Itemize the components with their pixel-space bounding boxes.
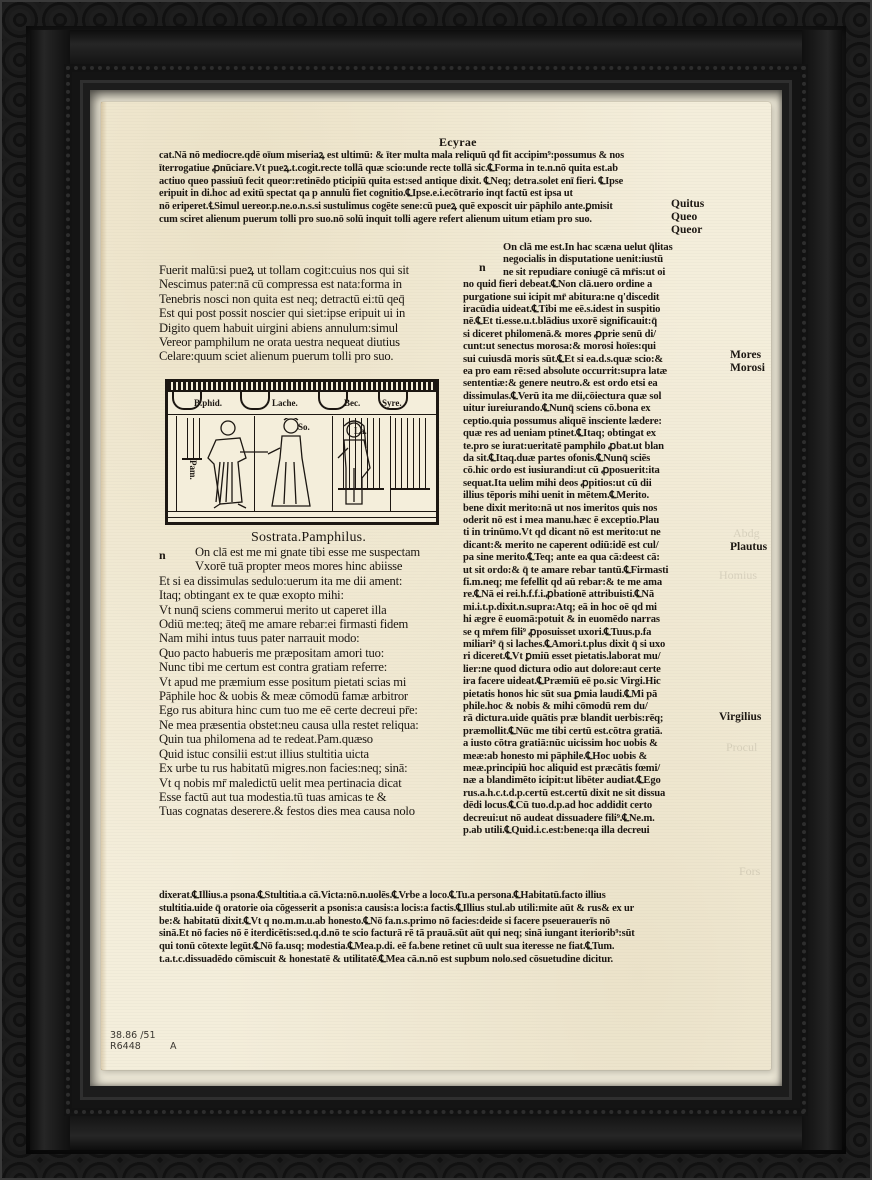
commentary-line: ut sit ordo:& q̄ te amare rebar tantū.℄F… xyxy=(463,565,725,577)
woodcut-beam xyxy=(168,414,436,415)
verse-line: Ne mea præsentia obstet:neu causa ulla r… xyxy=(159,718,435,732)
verse-line: Fuerit malū:si pueꝝ ut tollam cogit:cuiu… xyxy=(159,263,431,277)
woodcut-pillar xyxy=(176,416,177,512)
commentary-line: meæ.principiū hoc aliquid est præcātis f… xyxy=(463,763,725,775)
commentary-line: pa sine merito.℄Teq; ante ea qua cā:dees… xyxy=(463,552,725,564)
commentary-line: næ a blandimēto icipit:ut libēter audiat… xyxy=(463,775,725,787)
commentary-line: bene dixit merito:nā ut nos imeritos qui… xyxy=(463,503,725,515)
commentary-line: īterrogatiue ꝓnūciare.Vt pueꝝ.t.cogit.re… xyxy=(159,163,731,176)
marginal-note: Morosi xyxy=(730,362,765,375)
commentary-line: cunt:ut senectus morosa:& morosi hoīes:q… xyxy=(463,341,725,353)
commentary-line: illius tēporis mihi uenit in mētem.℄Meri… xyxy=(463,490,725,502)
verse-line: Nunc tibi me certum est contra gratiam r… xyxy=(159,660,435,674)
verse-line: Ex urbe tu rus habitatū migres.non facie… xyxy=(159,761,435,775)
commentary-line: meæ:ab honesto mi pāphile.℄Hoc uobis & xyxy=(463,751,725,763)
verse-line: On clā est me mi gnate tibi esse me susp… xyxy=(159,545,435,559)
commentary-line: dēdi locus.℄Cū tuo.d.p.ad hoc addidit ce… xyxy=(463,800,725,812)
verse-line: Odiū me:teq; āteq̄ me amare rebar:ei fir… xyxy=(159,617,435,631)
commentary-line: pietatis honos hic sūt sua ꝑmia laudi.℄M… xyxy=(463,689,725,701)
commentary-line: cō.hic ordo est iusiurandi:ut cū ꝓposuer… xyxy=(463,465,725,477)
commentary-line: ira facere uideat.℄Præmiū eē po.sic Virg… xyxy=(463,676,725,688)
commentary-line: ne sit repudiare coniugē cā mr̄is:ut oi xyxy=(463,267,725,279)
marginal-note: Mores xyxy=(730,349,761,362)
catalog-number: R6448 xyxy=(110,1041,156,1052)
commentary-line: eripuit in di.hoc ad exitū spectat qa p … xyxy=(159,188,731,201)
commentary-line: te.pro se iurat:ueritatē pamphilo ꝓbat.u… xyxy=(463,441,725,453)
woodcut-frieze xyxy=(168,382,436,392)
woodcut-illustration: B.phid. Lache. Bec. Syre. So. La. Pam. xyxy=(165,379,439,525)
bleed-through-text: Procul xyxy=(726,740,757,755)
marginal-note: Quitus xyxy=(671,198,704,211)
commentary-line: be:& habitatū dixit.℄Vt q no.m.m.u.ab ho… xyxy=(159,916,719,929)
woodcut-label: Lache. xyxy=(272,398,298,408)
commentary-line: dicant:& merito ne caperent odiū:idē est… xyxy=(463,540,725,552)
commentary-line: cum sciret alienum puerum tolli pro suo.… xyxy=(159,214,731,227)
verse-line: Esse factū aut tua modestia.tū tuas amic… xyxy=(159,790,435,804)
accession-number: 38.86 /51 xyxy=(110,1030,156,1041)
commentary-line: uitur iureiurando.℄Nunq̄ sciens cō.bona … xyxy=(463,403,725,415)
commentary-line: stultitia.uide q̄ oratorie oia cōgesseri… xyxy=(159,903,719,916)
commentary-line: da sit.℄Itaq.duæ partes ofonis.℄Nunq̄ sc… xyxy=(463,453,725,465)
commentary-line: sinā.Et nō facies nō ē iterdicētis:sed.q… xyxy=(159,928,719,941)
verse-line: Quo pacto habueris me præpositam amori t… xyxy=(159,646,435,660)
verse-line: Quin tua philomena ad te redeat.Pam.quæs… xyxy=(159,732,435,746)
running-head: Ecyrae xyxy=(439,135,477,150)
annotation-mark: A xyxy=(170,1041,177,1052)
verse-line: Nam mihi intus tuus pater narrauit modo: xyxy=(159,631,435,645)
bleed-through-text: Fors xyxy=(739,864,760,879)
bleed-through-text: Abdg xyxy=(733,526,760,541)
commentary-line: præmollit.℄Nūc me tibi certū est.cōtra g… xyxy=(463,726,725,738)
verse-line: Quid istuc consilii est:ut illius stulti… xyxy=(159,747,435,761)
verse-line: Vt nunq̄ sciens commerui merito ut caper… xyxy=(159,603,435,617)
commentary-line: iracūdia uideat.℄Tibi me eē.s.idest in s… xyxy=(463,304,725,316)
marginal-note: Virgilius xyxy=(719,711,761,724)
incunable-leaf: Ecyrae Abdg Homius Procul Fors cat.Nā nō… xyxy=(101,102,771,1070)
verse-block-1: Fuerit malū:si pueꝝ ut tollam cogit:cuiu… xyxy=(159,263,431,364)
commentary-line: se q mr̄em fili⁹ ꝓposuisset uxori.℄Tuus.… xyxy=(463,627,725,639)
commentary-line: dixerat.℄Illius.a psona.℄Stultitia.a cā.… xyxy=(159,890,719,903)
commentary-line: fi.m.neq; me fefellit qd aū rebar:& te m… xyxy=(463,577,725,589)
pencil-annotation: 38.86 /51 R6448 A xyxy=(110,1030,156,1052)
commentary-line: negocialis in disputatione uenit:iustū xyxy=(463,254,725,266)
marginal-note: Queor xyxy=(671,224,702,237)
commentary-line: purgatione sui icipit mr̄ abitura:ne q'd… xyxy=(463,292,725,304)
commentary-line: ea pro eam rē:sed absolute occurrit:supr… xyxy=(463,366,725,378)
commentary-line: p.ab utili.℄Quid.i.c.est:bene:qa illa de… xyxy=(463,825,725,837)
woodcut-label: Syre. xyxy=(382,398,402,408)
verse-line: Vereor pamphilum ne orata uestra nequeat… xyxy=(159,335,431,349)
verse-line: Itaq; obtingant ex te quæ exopto mihi: xyxy=(159,588,435,602)
woodcut-label: Bec. xyxy=(344,398,360,408)
commentary-bottom: dixerat.℄Illius.a psona.℄Stultitia.a cā.… xyxy=(159,890,719,967)
commentary-line: no quid fieri debeat.℄Non clā.uero ordin… xyxy=(463,279,725,291)
woodcut-arch xyxy=(240,392,270,410)
woodcut-label: B.phid. xyxy=(194,398,222,408)
commentary-line: quæ res ad ueniam ptinet.℄Itaq; obtingat… xyxy=(463,428,725,440)
commentary-line: si diceret philomenā.& mores ꝓprie senū … xyxy=(463,329,725,341)
commentary-line: sui cuiusdā moris sūt.℄Et si ea.d.s.quæ … xyxy=(463,354,725,366)
commentary-line: cat.Nā nō mediocre.qdē oīum miseriaꝝ est… xyxy=(159,150,731,163)
verse-line: Pāphile hoc & uobis & meæ cōmodū famæ ar… xyxy=(159,689,435,703)
verse-line: Vt q nobis mr̄ maledictū uelit mea perti… xyxy=(159,776,435,790)
marginal-note: Queo xyxy=(671,211,697,224)
paper-stain xyxy=(101,102,107,1070)
commentary-line: ri diceret.℄Vt ꝑmiū esset pietatis.labor… xyxy=(463,651,725,663)
commentary-line: phile.hoc & nobis & mihi cōmodū rem du/ xyxy=(463,701,725,713)
woodcut-figures xyxy=(198,418,418,510)
commentary-line: decreui:ut nō audeat dissuadere fili⁹.℄N… xyxy=(463,813,725,825)
woodcut-label: Pam. xyxy=(188,460,198,480)
verse-block-2: On clā est me mi gnate tibi esse me susp… xyxy=(159,545,435,819)
marginal-note: Plautus xyxy=(730,541,767,554)
commentary-line: dissimulas.℄Verū ita me dii,cōiectura qu… xyxy=(463,391,725,403)
verse-line: Tenebris nosci non quita est neq; detrac… xyxy=(159,292,431,306)
commentary-line: nō eriperet.℄Simul uereor.p.ne.o.n.s.si … xyxy=(159,201,731,214)
verse-line: Vxorē tuā propter meos mores hinc abiiss… xyxy=(159,559,435,573)
commentary-line: qui tonū cōtexte legūt.℄Nō fa.usq; modes… xyxy=(159,941,719,954)
commentary-line: lier:ne quod dictura odio aut dolore:aut… xyxy=(463,664,725,676)
commentary-line: rus.a.h.c.t.d.p.certū est.certū dixit ne… xyxy=(463,788,725,800)
verse-line: Et si ea dissimulas sedulo:uerum ita me … xyxy=(159,574,435,588)
commentary-line: rā dictura.uide quātis præ blandit uerbi… xyxy=(463,713,725,725)
woodcut-floor xyxy=(168,517,436,518)
commentary-line: ti in trinūmo.Vt qd dicant nō est merito… xyxy=(463,527,725,539)
commentary-line: mi.i.t.p.dixit.n.supra:Atq; eā in hoc oē… xyxy=(463,602,725,614)
commentary-line: nē.℄Et ti.esse.u.t.blādius uxorē signifi… xyxy=(463,316,725,328)
commentary-line: ceptio.quia possumus aliquē insciente læ… xyxy=(463,416,725,428)
scene-heading: Sostrata.Pamphilus. xyxy=(251,530,366,546)
verse-line: Nescimus pater:nā cū compressa est nata:… xyxy=(159,277,431,291)
verse-line: Ego rus abitura hinc cum tuo me eē certe… xyxy=(159,703,435,717)
commentary-line: On clā me est.In hac scæna uelut q̄litas xyxy=(463,242,725,254)
woodcut-floor xyxy=(168,511,436,512)
commentary-line: actiuo queo passiuū fecit queor:retinēdo… xyxy=(159,176,731,189)
commentary-line: miliari⁹ q̄ si laches.℄Amori.t.plus dixi… xyxy=(463,639,725,651)
verse-line: Digito quem habuit uirgini abiens annulu… xyxy=(159,321,431,335)
commentary-line: re.℄Nā ei rei.h.f.f.i.ꝓbationē attribuis… xyxy=(463,589,725,601)
commentary-line: t.a.t.c.dissuadēdo cōmiscuit & honestatē… xyxy=(159,954,719,967)
commentary-line: sententiæ:& genere neutro.& est ordo ets… xyxy=(463,378,725,390)
commentary-line: oderit nō est i mea manu.hæc ē exceptio.… xyxy=(463,515,725,527)
verse-line: Tuas cognatas deserere.& festos dies mea… xyxy=(159,804,435,818)
verse-line: Est qui post possit noscier qui siet:ips… xyxy=(159,306,431,320)
commentary-line: a iusto cōtra gratiā:nūc uicissim hoc uo… xyxy=(463,738,725,750)
verse-line: Celare:quum sciet alienum puerum tolli p… xyxy=(159,349,431,363)
verse-line: Vt apud me præmium esse positum pietati … xyxy=(159,675,435,689)
commentary-top: cat.Nā nō mediocre.qdē oīum miseriaꝝ est… xyxy=(159,150,731,227)
commentary-line: hi ægre ē euomā:potuit & in euomēdo narr… xyxy=(463,614,725,626)
commentary-line: sequat.Ita uelim mihi deos ꝓpitios:ut cū… xyxy=(463,478,725,490)
commentary-right-column: On clā me est.In hac scæna uelut q̄litas… xyxy=(463,242,725,838)
